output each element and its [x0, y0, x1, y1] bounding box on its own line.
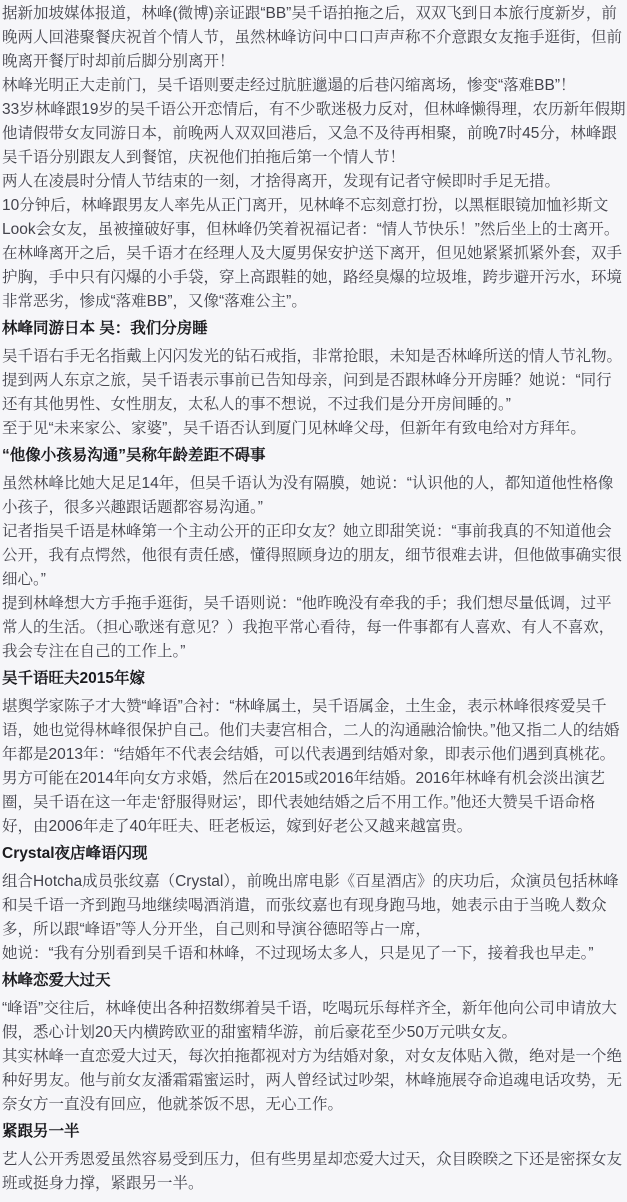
article-paragraph: 堪舆学家陈子才大赞“峰语”合衬：“林峰属土，吴千语属金，土生金，表示林峰很疼爱吴… — [2, 695, 626, 839]
article-body: 据新加坡媒体报道，林峰(微博)亲证跟“BB”吴千语拍拖之后，双双飞到日本旅行度新… — [0, 0, 627, 1202]
section-heading: 林峰同游日本 吴：我们分房睡 — [2, 317, 626, 341]
article-paragraph: 至于见“未来家公、家婆”，吴千语否认到厦门见林峰父母，但新年有致电给对方拜年。 — [2, 417, 626, 441]
section-heading: “他像小孩易沟通”吴称年龄差距不碍事 — [2, 444, 626, 468]
section-heading: 吴千语旺夫2015年嫁 — [2, 667, 626, 691]
article-paragraph: 据新加坡媒体报道，林峰(微博)亲证跟“BB”吴千语拍拖之后，双双飞到日本旅行度新… — [2, 2, 626, 74]
article-paragraph: 记者指吴千语是林峰第一个主动公开的正印女友？她立即甜笑说：“事前我真的不知道他会… — [2, 520, 626, 592]
article-paragraph: 虽然林峰比她大足足14年，但吴千语认为没有隔膜，她说：“认识他的人，都知道他性格… — [2, 472, 626, 520]
article-paragraph: 吴千语右手无名指戴上闪闪发光的钻石戒指，非常抢眼，未知是否林峰所送的情人节礼物。 — [2, 345, 626, 369]
section-heading: 紧跟另一半 — [2, 1120, 626, 1144]
article-paragraph: 她说：“我有分别看到吴千语和林峰，不过现场太多人，只是见了一下，接着我也早走。” — [2, 942, 626, 966]
article-paragraph: 33岁林峰跟19岁的吴千语公开恋情后，有不少歌迷极力反对，但林峰懒得理，农历新年… — [2, 98, 626, 170]
section-heading: 林峰恋爱大过天 — [2, 969, 626, 993]
section-heading: Crystal夜店峰语闪现 — [2, 842, 626, 866]
article-paragraph: 组合Hotcha成员张纹嘉（Crystal），前晚出席电影《百星酒店》的庆功后，… — [2, 870, 626, 942]
article-paragraph: 10分钟后，林峰跟男友人率先从正门离开，见林峰不忘刻意打扮，以黑框眼镜加恤衫斯文… — [2, 194, 626, 242]
article-paragraph: 提到两人东京之旅，吴千语表示事前已告知母亲，问到是否跟林峰分开房睡？她说：“同行… — [2, 369, 626, 417]
article-paragraph: 其实林峰一直恋爱大过天，每次拍拖都视对方为结婚对象，对女友体贴入微，绝对是一个绝… — [2, 1045, 626, 1117]
article-paragraph: 林峰光明正大走前门，吴千语则要走经过肮脏邋遢的后巷闪缩离场，惨变“落难BB”！ — [2, 74, 626, 98]
article-paragraph: 提到林峰想大方手拖手逛街，吴千语则说：“他昨晚没有牵我的手；我们想尽量低调，过平… — [2, 592, 626, 664]
article-paragraph: 艺人公开秀恩爱虽然容易受到压力，但有些男星却恋爱大过天，众目睽睽之下还是密探女友… — [2, 1148, 626, 1196]
article-paragraph: 在林峰离开之后，吴千语才在经理人及大厦男保安护送下离开，但见她紧紧抓紧外套，双手… — [2, 242, 626, 314]
article-paragraph: 两人在凌晨时分情人节结束的一刻，才捨得离开，发现有记者守候即时手足无措。 — [2, 170, 626, 194]
article-paragraph: “峰语”交往后，林峰使出各种招数绑着吴千语，吃喝玩乐每样齐全，新年他向公司申请放… — [2, 997, 626, 1045]
